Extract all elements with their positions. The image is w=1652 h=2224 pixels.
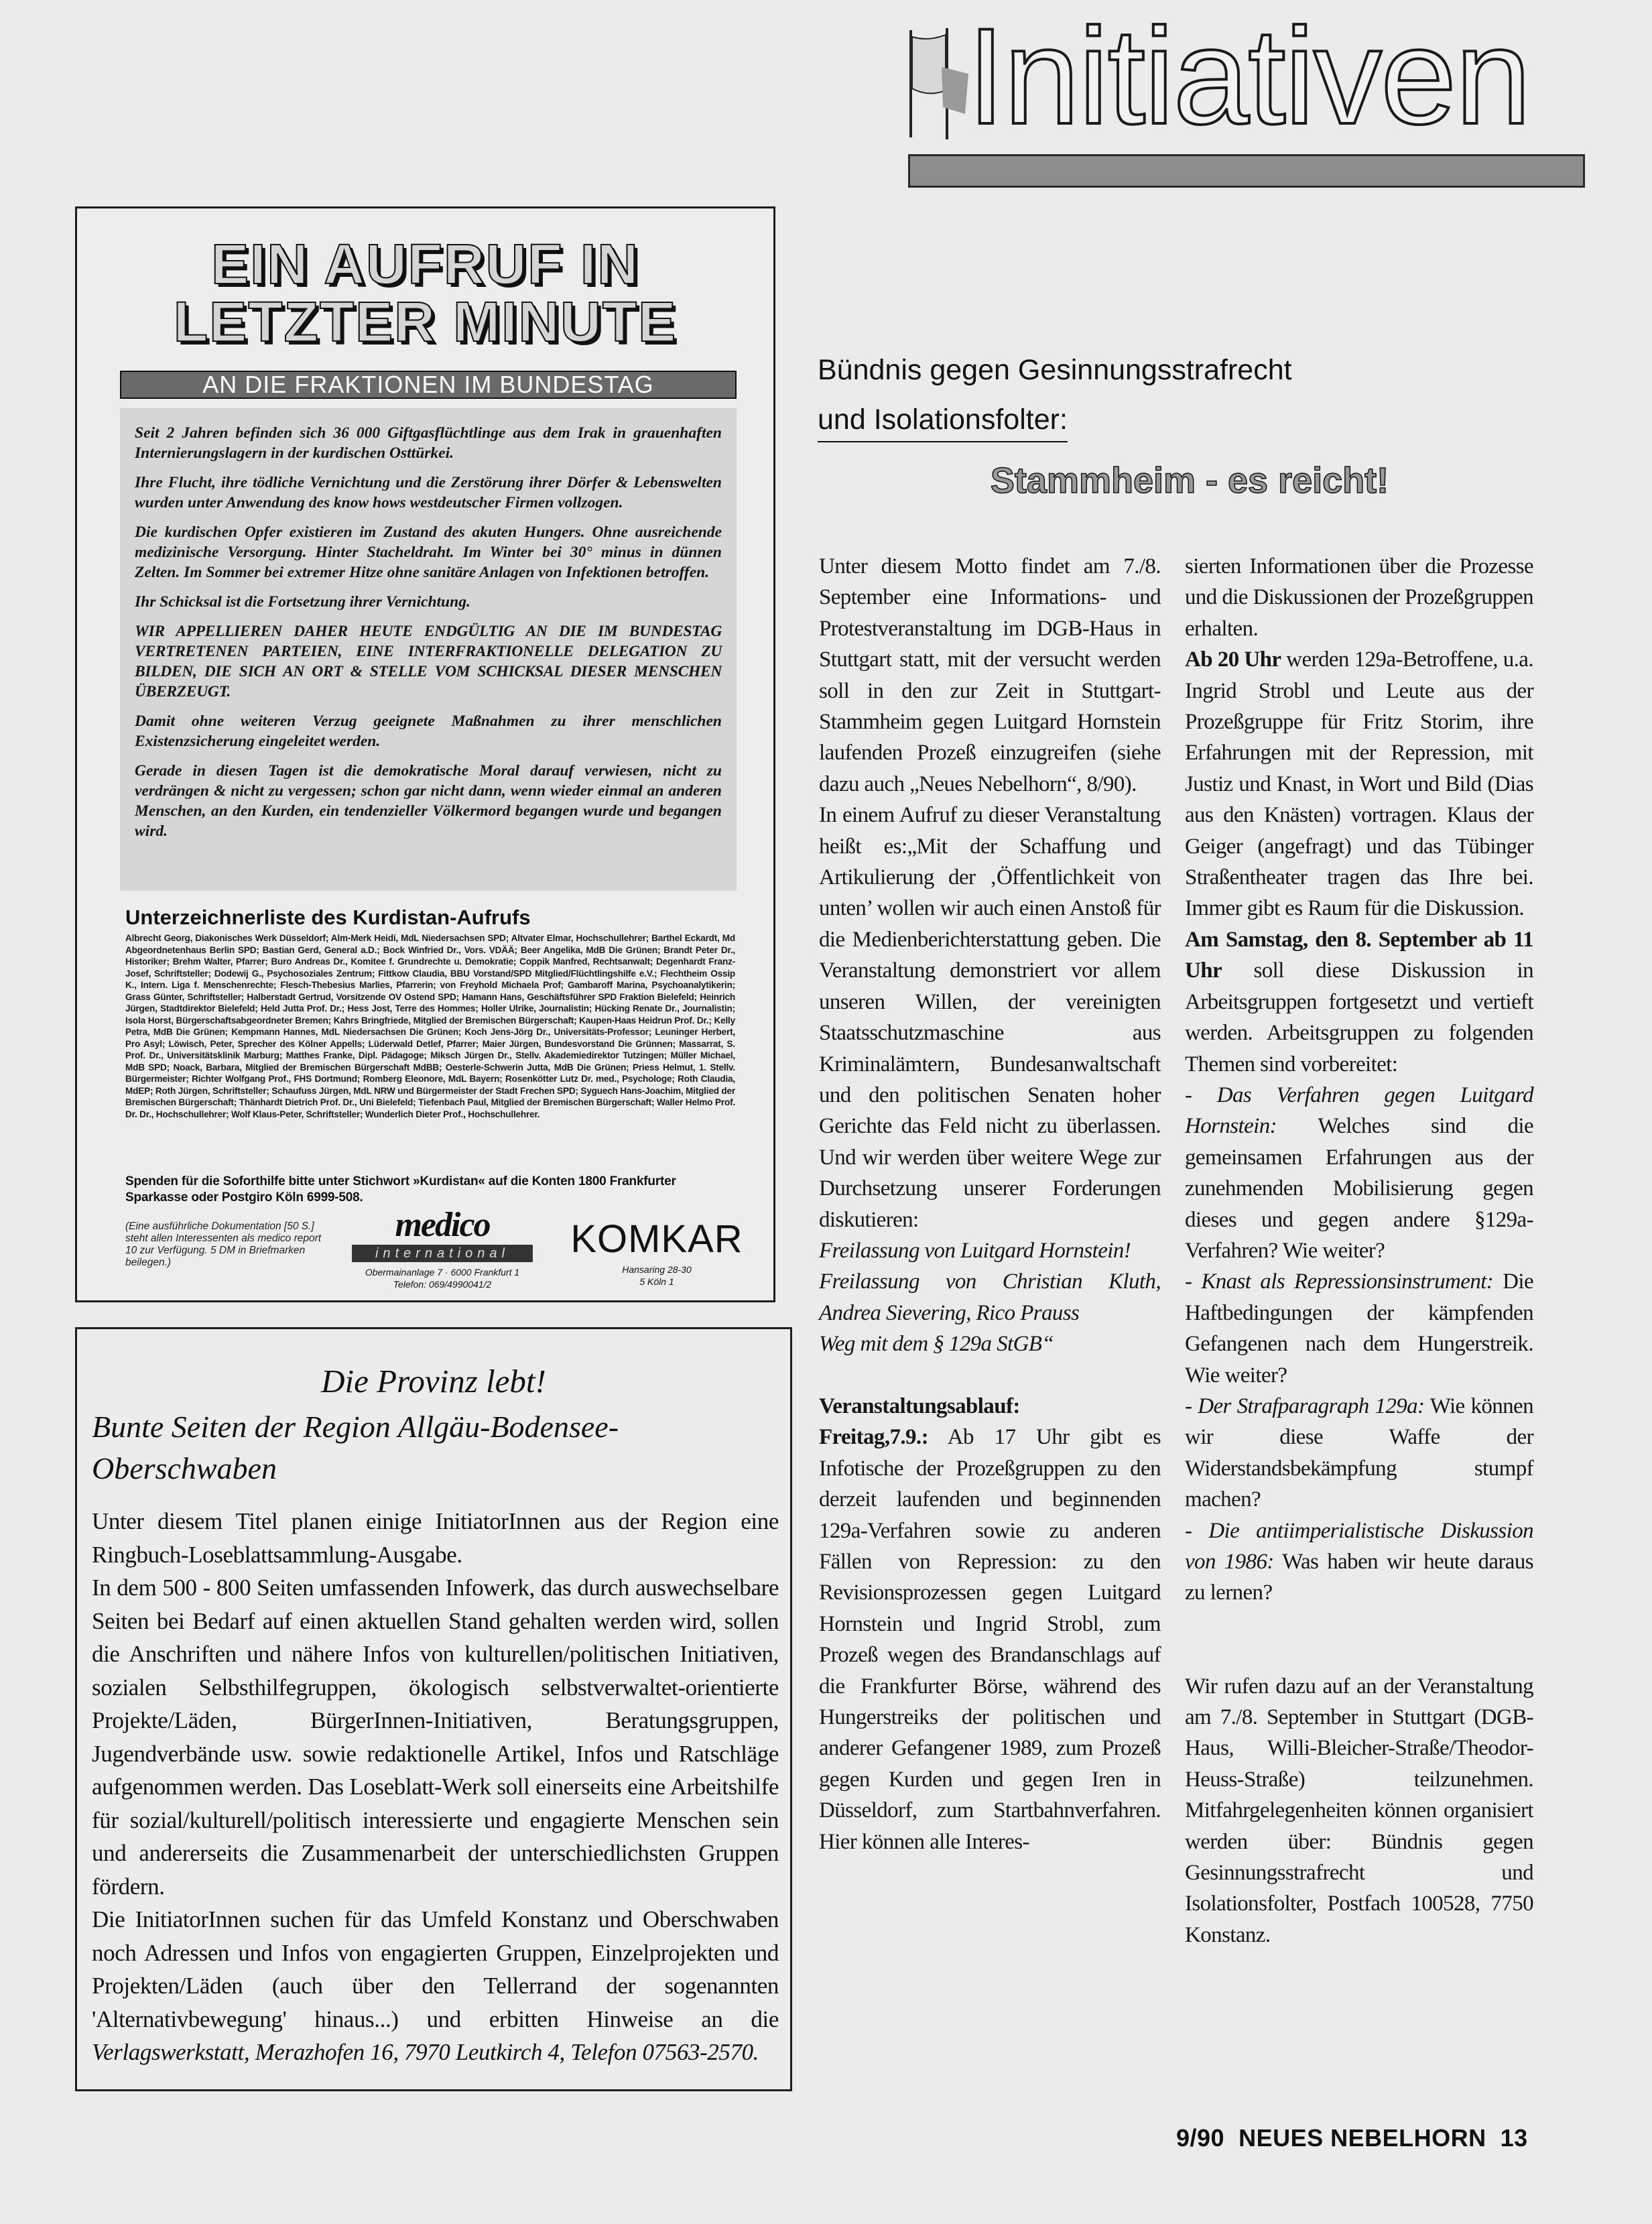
documentation-note: (Eine ausführliche Dokumentation [50 S.]… xyxy=(125,1221,326,1269)
article-paragraph: sierten Informationen über die Prozesse … xyxy=(1185,551,1533,644)
workshop-topic: - Das Verfahren gegen Luitgard Hornstein… xyxy=(1185,1080,1533,1266)
appeal-paragraph: Gerade in diesen Tagen ist die demokrati… xyxy=(135,761,722,841)
signers-heading: Unterzeichnerliste des Kurdistan-Aufrufs xyxy=(125,906,742,930)
article-paragraph: Am Samstag, den 8. September ab 11 Uhr s… xyxy=(1185,924,1533,1080)
provinz-paragraph: Unter diesem Titel planen einige Initiat… xyxy=(92,1505,779,1571)
section-divider-bar xyxy=(908,154,1585,188)
kurdistan-appeal-box: EIN AUFRUF IN LETZTER MINUTE AN DIE FRAK… xyxy=(75,206,775,1302)
schedule-heading: Veranstaltungsablauf: xyxy=(819,1391,1161,1422)
section-title: Initiativen xyxy=(967,8,1530,145)
workshop-topic: - Die antiimperialistische Diskussion vo… xyxy=(1185,1516,1533,1609)
appeal-paragraph: Die kurdischen Opfer existieren im Zusta… xyxy=(135,522,722,582)
flag-icon xyxy=(908,27,972,141)
appeal-paragraph: Ihre Flucht, ihre tödliche Vernichtung u… xyxy=(135,473,722,513)
issue-number: 9/90 xyxy=(1176,2124,1224,2152)
provinz-box: Die Provinz lebt! Bunte Seiten der Regio… xyxy=(75,1327,792,2091)
article-paragraph: Ab 20 Uhr werden 129a-Betroffene, u.a. I… xyxy=(1185,644,1533,924)
provinz-paragraph: Die InitiatorInnen suchen für das Umfeld… xyxy=(92,1903,779,2069)
medico-address: Obermainanlage 7 · 6000 Frankfurt 1 xyxy=(342,1266,543,1278)
komkar-logo-block: KOMKAR Hansaring 28-30 5 Köln 1 xyxy=(560,1219,754,1288)
section-header: Initiativen xyxy=(908,20,1585,188)
schedule-friday: Freitag,7.9.: Ab 17 Uhr gibt es Infotisc… xyxy=(819,1422,1161,1857)
provinz-title: Die Provinz lebt! xyxy=(77,1363,790,1400)
article-kicker: Bündnis gegen Gesinnungsstrafrecht und I… xyxy=(818,345,1421,444)
appeal-headline: EIN AUFRUF IN LETZTER MINUTE xyxy=(77,235,773,351)
medico-logo: medico xyxy=(342,1210,543,1241)
workshop-topic: - Knast als Repressionsinstrument: Die H… xyxy=(1185,1266,1533,1391)
medico-logo-bar: international xyxy=(352,1245,533,1262)
article-demand: Freilassung von Christian Kluth, Andrea … xyxy=(819,1266,1161,1329)
appeal-paragraph: Ihr Schicksal ist die Fortsetzung ihrer … xyxy=(135,592,722,612)
provinz-subtitle: Bunte Seiten der Region Allgäu-Bodensee-… xyxy=(92,1406,695,1489)
medico-logo-block: medico international Obermainanlage 7 · … xyxy=(342,1210,543,1290)
komkar-logo: KOMKAR xyxy=(560,1219,754,1259)
article-paragraph: In einem Aufruf zu dieser Veranstaltung … xyxy=(819,800,1161,1235)
provinz-paragraph: In dem 500 - 800 Seiten umfassenden Info… xyxy=(92,1571,779,1903)
komkar-address: Hansaring 28-30 xyxy=(560,1263,754,1276)
provinz-body: Unter diesem Titel planen einige Initiat… xyxy=(92,1505,779,2069)
appeal-demand-paragraph: WIR APPELLIEREN DAHER HEUTE ENDGÜLTIG AN… xyxy=(135,621,722,702)
donation-note: Spenden für die Soforthilfe bitte unter … xyxy=(125,1174,735,1206)
article-demand: Freilassung von Luitgard Hornstein! xyxy=(819,1235,1161,1266)
signers-list: Albrecht Georg, Diakonisches Werk Düssel… xyxy=(125,932,735,1120)
article-title: Stammheim - es reicht! xyxy=(804,459,1575,502)
appeal-banner: AN DIE FRAKTIONEN IM BUNDESTAG xyxy=(120,371,737,399)
appeal-paragraph: Damit ohne weiteren Verzug geeignete Maß… xyxy=(135,711,722,751)
closing-paragraph: Wir rufen dazu auf an der Veranstaltung … xyxy=(1185,1671,1533,1951)
komkar-city: 5 Köln 1 xyxy=(560,1276,754,1288)
publication-name: NEUES NEBELHORN xyxy=(1238,2124,1486,2152)
page-footer: 9/90 NEUES NEBELHORN 13 xyxy=(1176,2125,1551,2152)
article-column-left: Unter diesem Motto findet am 7./8. Septe… xyxy=(819,551,1161,1857)
appeal-paragraph: Seit 2 Jahren befinden sich 36 000 Giftg… xyxy=(135,423,722,463)
article-paragraph: Unter diesem Motto findet am 7./8. Septe… xyxy=(819,551,1161,800)
article-demand: Weg mit dem § 129a StGB“ xyxy=(819,1329,1161,1359)
page-number: 13 xyxy=(1501,2124,1528,2152)
article-column-right: sierten Informationen über die Prozesse … xyxy=(1185,551,1533,1951)
appeal-body: Seit 2 Jahren befinden sich 36 000 Giftg… xyxy=(120,408,737,891)
provinz-contact: Verlagswerkstatt, Merazhofen 16, 7970 Le… xyxy=(92,2039,759,2065)
medico-phone: Telefon: 069/4990041/2 xyxy=(342,1278,543,1290)
workshop-topic: - Der Strafparagraph 129a: Wie können wi… xyxy=(1185,1391,1533,1516)
